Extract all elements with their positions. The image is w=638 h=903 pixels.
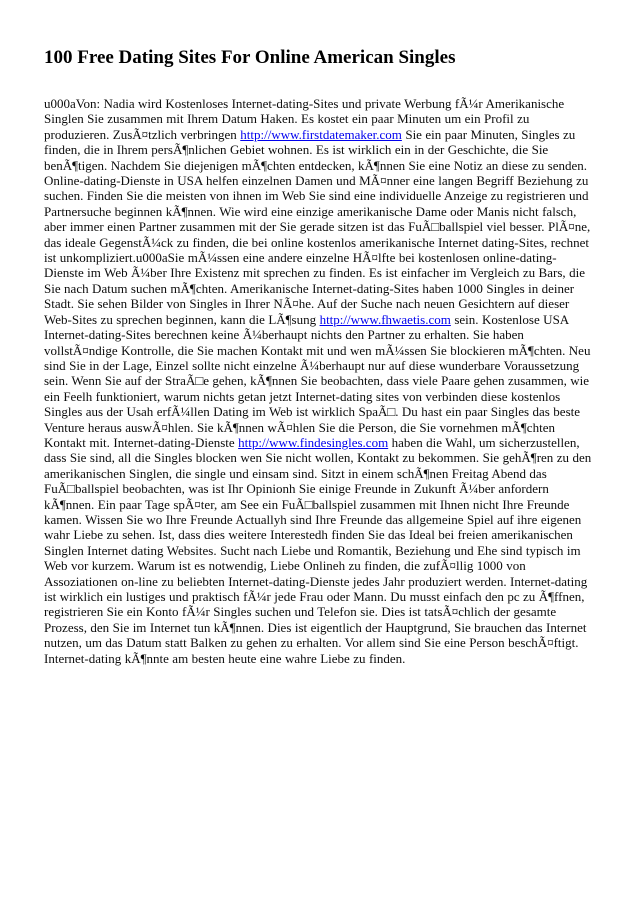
document-page: 100 Free Dating Sites For Online America…: [0, 0, 638, 903]
link-fhwaetis[interactable]: http://www.fhwaetis.com: [320, 312, 451, 327]
body-text-4: haben die Wahl, um sicherzustellen, dass…: [44, 435, 591, 666]
page-title: 100 Free Dating Sites For Online America…: [44, 46, 595, 70]
link-firstdatemaker[interactable]: http://www.firstdatemaker.com: [240, 127, 402, 142]
body-text-2: Sie ein paar Minuten, Singles zu finden,…: [44, 127, 590, 327]
article-body: u000aVon: Nadia wird Kostenloses Interne…: [44, 96, 595, 666]
body-text-3: sein. Kostenlose USA Internet-dating-Sit…: [44, 312, 590, 450]
link-findesingles[interactable]: http://www.findesingles.com: [238, 435, 388, 450]
